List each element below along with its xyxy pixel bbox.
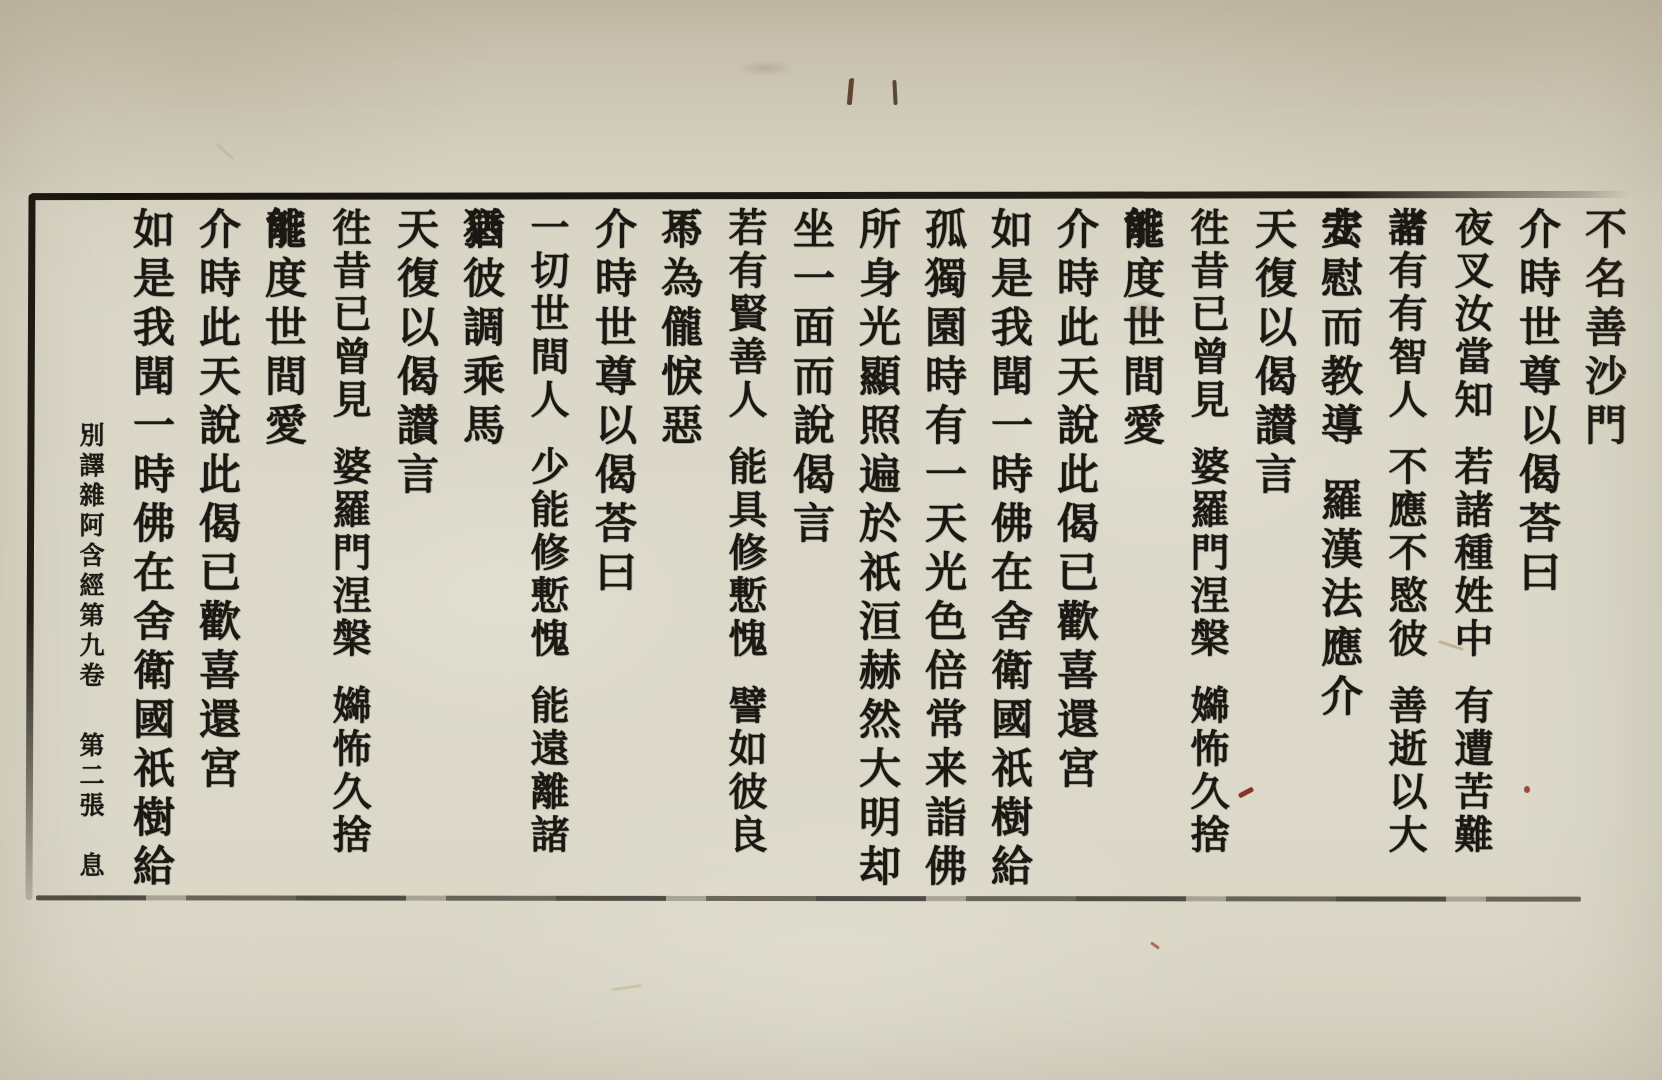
text-column-22: 介時此天說此偈已歡喜還宮 bbox=[183, 207, 249, 897]
text-column-10: 如是我聞一時佛在舍衛國祇樹給 bbox=[975, 207, 1041, 897]
paper-top-band bbox=[0, 0, 1662, 193]
text-column-7: 徃昔已曾見婆羅門涅槃嬵怖久捨離 bbox=[1173, 207, 1239, 897]
phrase: 徃昔已曾見 bbox=[327, 207, 370, 422]
phrase: 如是我聞一時佛在舍衛國祇樹給 bbox=[127, 207, 173, 893]
paper-fiber bbox=[612, 984, 642, 991]
phrase: 介時世尊以偈荅曰 bbox=[589, 207, 635, 599]
text-column-4: 諸有有智人不應不愍彼善逝以大悲 bbox=[1371, 207, 1437, 897]
text-column-9: 介時此天說此偈已歡喜還宮 bbox=[1041, 207, 1107, 897]
phrase: 所身光顯照遍於祇洹赫然大明却 bbox=[853, 207, 899, 893]
phrase: 少能修慙愧 bbox=[525, 446, 568, 661]
phrase: 別譯雜阿含經第九卷 bbox=[76, 422, 103, 692]
phrase: 婆羅門涅槃 bbox=[327, 446, 370, 661]
red-speck bbox=[1150, 941, 1160, 949]
text-column-15: 不為儱悷惡 bbox=[645, 207, 711, 897]
phrase: 夜叉汝當知 bbox=[1449, 207, 1492, 422]
phrase: 介時此天說此偈已歡喜還宮 bbox=[193, 207, 239, 795]
text-column-23: 如是我聞一時佛在舍衛國祇樹給 bbox=[117, 207, 183, 897]
text-column-2: 介時世尊以偈荅曰 bbox=[1503, 207, 1569, 897]
phrase: 能具修慙愧 bbox=[723, 446, 766, 661]
paper-stain bbox=[736, 60, 796, 76]
text-column-19: 天復以偈讃言 bbox=[381, 207, 447, 897]
text-column-14: 若有賢善人能具修慙愧譬如彼良馬 bbox=[711, 207, 777, 897]
ink-smudge bbox=[1126, 300, 1160, 326]
text-column-13: 坐一面而說偈言 bbox=[777, 207, 843, 897]
text-column-21: 能度世間愛 bbox=[249, 207, 315, 897]
phrase: 若有賢善人 bbox=[723, 207, 766, 422]
phrase: 介時此天說此偈已歡喜還宮 bbox=[1051, 207, 1097, 795]
phrase: 羅漢法應介 bbox=[1315, 478, 1361, 723]
margin-title-column: 別譯雜阿含經第九卷第二張息 bbox=[61, 207, 117, 897]
phrase: 第二張 bbox=[76, 732, 103, 822]
sutra-page: 不名善沙門介時世尊以偈荅曰夜叉汝當知若諸種姓中有遭苦難者諸有有智人不應不愍彼善逝… bbox=[0, 0, 1662, 1080]
text-column-17: 一切世間人少能修慙愧能遠離諸惡 bbox=[513, 207, 579, 897]
text-column-12: 所身光顯照遍於祇洹赫然大明却 bbox=[843, 207, 909, 897]
phrase: 息 bbox=[76, 852, 103, 882]
text-column-18: 猶彼調乘馬 bbox=[447, 207, 513, 897]
phrase: 孤獨園時有一天光色倍常来詣佛 bbox=[919, 207, 965, 893]
text-column-11: 孤獨園時有一天光色倍常来詣佛 bbox=[909, 207, 975, 897]
phrase: 一切世間人 bbox=[525, 207, 568, 422]
phrase: 天復以偈讃言 bbox=[391, 207, 437, 501]
phrase: 不名善沙門 bbox=[1579, 207, 1625, 452]
text-column-1: 不名善沙門 bbox=[1569, 207, 1635, 897]
text-column-20: 徃昔已曾見婆羅門涅槃嬵怖久捨離 bbox=[315, 207, 381, 897]
phrase: 若諸種姓中 bbox=[1449, 446, 1492, 661]
phrase: 坐一面而說偈言 bbox=[787, 207, 833, 550]
text-column-5: 安慰而教導羅漢法應介 bbox=[1305, 207, 1371, 897]
phrase: 不應不愍彼 bbox=[1383, 446, 1426, 661]
text-column-3: 夜叉汝當知若諸種姓中有遭苦難者 bbox=[1437, 207, 1503, 897]
red-speck bbox=[1524, 786, 1530, 793]
phrase: 婆羅門涅槃 bbox=[1185, 446, 1228, 661]
phrase: 徃昔已曾見 bbox=[1185, 207, 1228, 422]
text-column-16: 介時世尊以偈荅曰 bbox=[579, 207, 645, 897]
columns: 不名善沙門介時世尊以偈荅曰夜叉汝當知若諸種姓中有遭苦難者諸有有智人不應不愍彼善逝… bbox=[30, 196, 1635, 896]
phrase: 如是我聞一時佛在舍衛國祇樹給 bbox=[985, 207, 1031, 893]
phrase: 介時世尊以偈荅曰 bbox=[1513, 207, 1559, 599]
phrase: 天復以偈讃言 bbox=[1249, 207, 1295, 501]
